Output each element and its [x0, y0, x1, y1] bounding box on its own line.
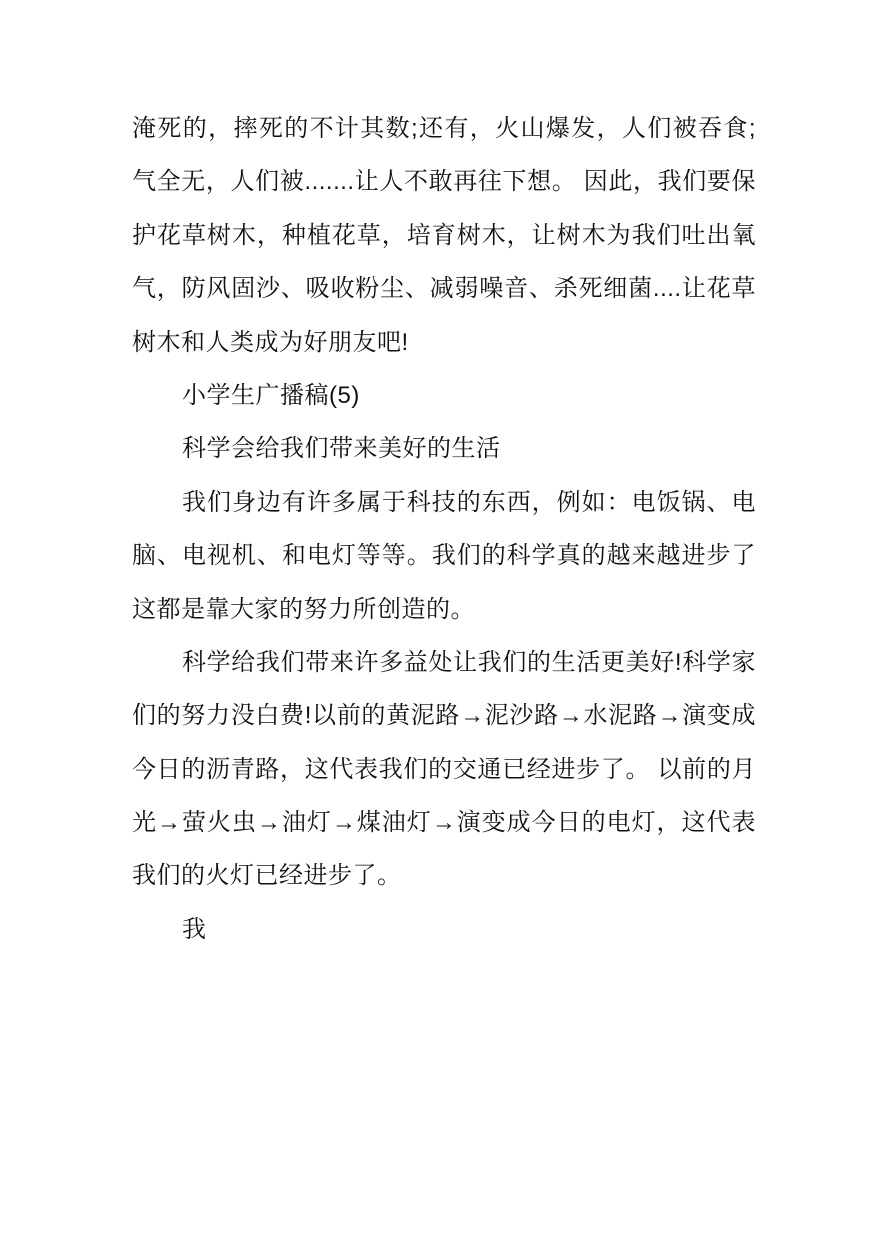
text-line: 们的努力没白费!以前的黄泥路→泥沙路→水泥路→演变成 — [132, 689, 756, 742]
text-line: 光→萤火虫→油灯→煤油灯→演变成今日的电灯，这代表 — [132, 796, 756, 849]
text-line: 脑、电视机、和电灯等等。我们的科学真的越来越进步了 — [132, 529, 756, 582]
text-line: 护花草树木，种植花草，培育树木，让树木为我们吐出氧 — [132, 209, 756, 262]
text-line: 淹死的，摔死的不计其数;还有，火山爆发，人们被吞食;氧 — [132, 102, 756, 155]
text-line: 我们的火灯已经进步了。 — [132, 849, 756, 902]
text-line: 我 — [132, 903, 756, 956]
text-line: 我们身边有许多属于科技的东西，例如：电饭锅、电 — [132, 476, 756, 529]
text-line: 气，防风固沙、吸收粉尘、减弱噪音、杀死细菌....让花草 — [132, 262, 756, 315]
section-subheading: 科学会给我们带来美好的生活 — [132, 422, 756, 475]
section-heading: 小学生广播稿(5) — [132, 369, 756, 422]
document-page: 淹死的，摔死的不计其数;还有，火山爆发，人们被吞食;氧 气全无，人们被.....… — [0, 0, 884, 1250]
text-line: 树木和人类成为好朋友吧! — [132, 316, 756, 369]
text-line: 气全无，人们被.......让人不敢再往下想。 因此，我们要保 — [132, 155, 756, 208]
text-line: 这都是靠大家的努力所创造的。 — [132, 583, 756, 636]
text-line: 今日的沥青路，这代表我们的交通已经进步了。 以前的月 — [132, 743, 756, 796]
text-body: 淹死的，摔死的不计其数;还有，火山爆发，人们被吞食;氧 气全无，人们被.....… — [132, 102, 756, 956]
text-line: 科学给我们带来许多益处让我们的生活更美好!科学家 — [132, 636, 756, 689]
